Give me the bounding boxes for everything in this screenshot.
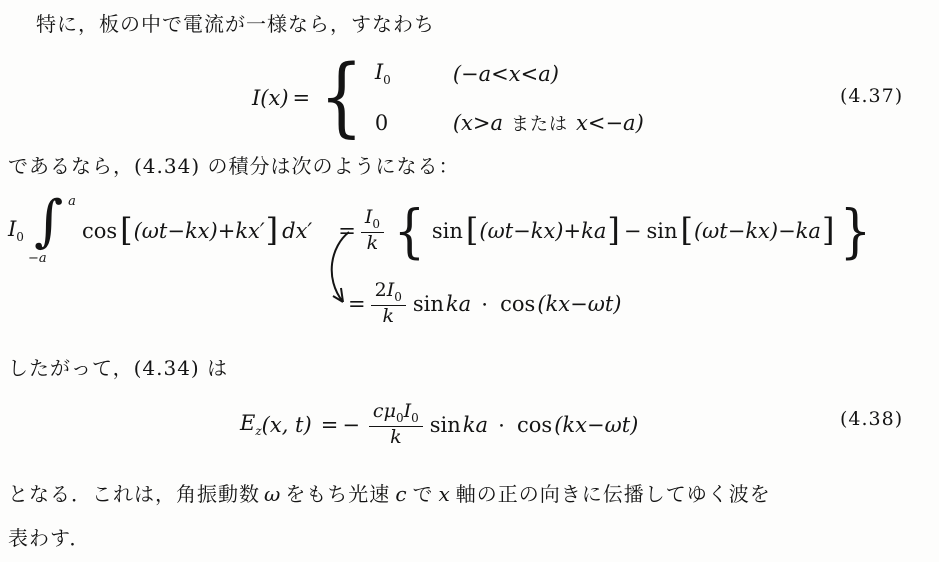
fraction-denominator: k bbox=[386, 427, 406, 448]
paragraph-conclusion-line2: 表わす． bbox=[8, 522, 90, 551]
paragraph-therefore: したがって，(4.34) は bbox=[8, 352, 228, 381]
sin-argument: ka bbox=[446, 292, 471, 316]
fraction-2I0-k: 2I0 k bbox=[371, 281, 406, 326]
eq437-equals: = bbox=[293, 86, 311, 110]
minus-operator: − bbox=[624, 219, 642, 243]
cdot-operator: ・ bbox=[477, 294, 492, 315]
cos-function: cos bbox=[515, 413, 554, 437]
fraction-numerator: cμ0I0 bbox=[369, 402, 423, 425]
right-bracket: ] bbox=[822, 216, 834, 245]
cases-brace: { bbox=[320, 59, 364, 136]
right-bracket: ] bbox=[266, 216, 278, 245]
cos-function: cos bbox=[80, 219, 119, 243]
sin-argument: ka bbox=[463, 413, 488, 437]
sin-function-2: sin bbox=[644, 219, 679, 243]
cos-argument: (kx−ωt) bbox=[537, 292, 621, 316]
right-bracket: ] bbox=[607, 216, 619, 245]
text-segment: 軸の正の向きに伝播してゆく波を bbox=[456, 482, 771, 506]
paragraph-before-integral: であるなら，(4.34) の積分は次のようになる： bbox=[8, 150, 460, 179]
equation-437: I(x) = { I0 (−a<x<a) 0 (x>aまたはx<−a) bbox=[252, 52, 644, 144]
sin2-argument: (ωt−kx)−ka bbox=[694, 219, 821, 243]
text-segment: となる．これは，角振動数 bbox=[8, 482, 260, 506]
paragraph-intro: 特に，板の中で電流が一様なら，すなわち bbox=[36, 8, 435, 37]
sin-function: sin bbox=[428, 413, 463, 437]
field-symbol: Ez bbox=[240, 411, 262, 438]
integrand: (ωt−kx)+kx′ bbox=[134, 219, 265, 243]
equation-number-437: (4.37) bbox=[840, 85, 903, 107]
right-brace: } bbox=[840, 205, 871, 257]
sin-function: sin bbox=[411, 292, 446, 316]
case2-condition: (x>aまたはx<−a) bbox=[453, 110, 644, 136]
text-segment: で bbox=[413, 482, 434, 506]
text-segment: をもち光速 bbox=[285, 482, 390, 506]
cos-argument: (kx−ωt) bbox=[554, 413, 638, 437]
case2-value: 0 bbox=[375, 111, 453, 135]
sin1-argument: (ωt−kx)+ka bbox=[479, 219, 606, 243]
cos-function: cos bbox=[498, 292, 537, 316]
equals-sign: = bbox=[321, 413, 339, 437]
integral-coefficient: I0 bbox=[8, 217, 24, 244]
cdot-operator: ・ bbox=[494, 415, 509, 436]
minus-sign: − bbox=[342, 413, 360, 437]
left-bracket: [ bbox=[120, 216, 132, 245]
equation-integral-line2: = 2I0 k sin ka ・ cos (kx−ωt) bbox=[348, 275, 621, 333]
paragraph-conclusion-line1: となる．これは，角振動数ωをもち光速cでx軸の正の向きに伝播してゆく波を bbox=[8, 478, 771, 507]
cases-block: I0 (−a<x<a) 0 (x>aまたはx<−a) bbox=[375, 60, 644, 135]
left-brace: { bbox=[394, 205, 425, 257]
textbook-page: 特に，板の中で電流が一様なら，すなわち I(x) = { I0 (−a<x<a)… bbox=[0, 0, 939, 562]
x-variable: x bbox=[439, 482, 451, 506]
equals-sign-2: = bbox=[348, 292, 366, 316]
fraction-denominator: k bbox=[378, 306, 398, 327]
fraction-cmu0I0-k: cμ0I0 k bbox=[369, 402, 423, 447]
differential: dx′ bbox=[282, 219, 312, 243]
case1-condition: (−a<x<a) bbox=[453, 62, 644, 86]
fraction-numerator: I0 bbox=[361, 208, 384, 231]
equation-number-438: (4.38) bbox=[840, 408, 903, 430]
sin-function-1: sin bbox=[430, 219, 465, 243]
equation-438: Ez (x, t) = − cμ0I0 k sin ka ・ cos (kx−ω… bbox=[240, 396, 638, 454]
field-arguments: (x, t) bbox=[262, 413, 312, 437]
left-bracket: [ bbox=[680, 216, 692, 245]
integral-sign: ∫ a −a bbox=[26, 200, 78, 262]
c-variable: c bbox=[395, 482, 407, 506]
omega-variable: ω bbox=[264, 482, 281, 506]
left-bracket: [ bbox=[466, 216, 478, 245]
fraction-numerator: 2I0 bbox=[371, 281, 406, 304]
eq437-lhs: I(x) bbox=[252, 86, 289, 110]
equation-integral-line1: I0 ∫ a −a cos [ (ωt−kx)+kx′ ] dx′ = I0 k… bbox=[8, 200, 876, 262]
case1-value: I0 bbox=[375, 60, 453, 87]
